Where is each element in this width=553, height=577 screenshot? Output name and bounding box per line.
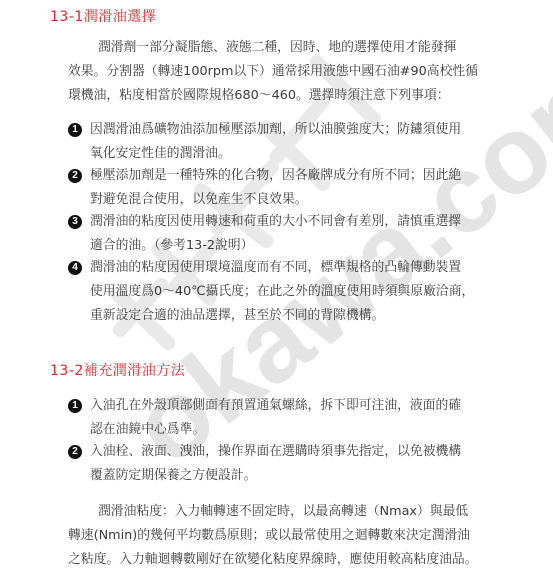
item-line: 入油孔在外殼頂部側面有預置通氣螺絲，拆下即可注油，液面的確	[68, 394, 538, 418]
note-line: 轉速(Nmin)的幾何平均數爲原則；或以最常使用之迴轉數來決定潤滑油	[68, 524, 528, 548]
number-2-icon: 2	[68, 445, 82, 459]
item-line: 認在油鏡中心爲準。	[68, 418, 538, 442]
number-3-icon: 3	[68, 215, 82, 229]
section-2-item-2: 2 入油栓、液面、洩油，操作界面在選購時須事先指定，以免被機構 覆蓋防定期保養之…	[68, 440, 538, 488]
intro-line: 效果。分割器（轉速100rpm以下）通常採用液態中國石油#90高校性循	[68, 60, 528, 84]
number-1-icon: 1	[68, 399, 82, 413]
item-line: 極壓添加劑是一種特殊的化合物，因各廠牌成分有所不同；因此絶	[68, 164, 538, 188]
section-2-heading: 13-2補充潤滑油方法	[50, 362, 185, 380]
item-line: 入油栓、液面、洩油，操作界面在選購時須事先指定，以免被機構	[68, 440, 538, 464]
item-line: 氧化安定性佳的潤滑油。	[68, 142, 538, 166]
item-line: 覆蓋防定期保養之方便設計。	[68, 464, 538, 488]
section-1-heading: 13-1潤滑油選擇	[50, 8, 156, 26]
section-1-intro: 潤滑劑一部分凝脂態、液態二種，因時、地的選擇使用才能發揮 效果。分割器（轉速10…	[68, 36, 528, 108]
item-line: 因潤滑油爲礦物油添加極壓添加劑，所以油膜強度大；防鏽須使用	[68, 118, 538, 142]
number-2-icon: 2	[68, 169, 82, 183]
item-line: 適合的油。（參考13-2說明）	[68, 234, 538, 258]
section-1-item-2: 2 極壓添加劑是一種特殊的化合物，因各廠牌成分有所不同；因此絶 對避免混合使用，…	[68, 164, 538, 212]
intro-line: 潤滑劑一部分凝脂態、液態二種，因時、地的選擇使用才能發揮	[68, 36, 528, 60]
note-line: 之粘度。入力軸迴轉數剛好在欲變化粘度界線時，應使用較高粘度油品。	[68, 548, 528, 572]
item-line: 使用溫度爲0～40℃攝氏度；在此之外的溫度使用時須與原廠洽商，	[68, 280, 538, 304]
section-1-item-1: 1 因潤滑油爲礦物油添加極壓添加劑，所以油膜強度大；防鏽須使用 氧化安定性佳的潤…	[68, 118, 538, 166]
item-line: 潤滑油的粘度因使用環境溫度而有不同，標準規格的凸輪傳動裝置	[68, 256, 538, 280]
section-2-item-1: 1 入油孔在外殼頂部側面有預置通氣螺絲，拆下即可注油，液面的確 認在油鏡中心爲準…	[68, 394, 538, 442]
number-1-icon: 1	[68, 123, 82, 137]
section-1-item-3: 3 潤滑油的粘度因使用轉速和荷重的大小不同會有差別，請慎重選擇 適合的油。（參考…	[68, 210, 538, 258]
intro-line: 環機油，粘度相當於國際規格680～460。選擇時須注意下列事項：	[68, 84, 528, 108]
note-line: 潤滑油粘度：入力軸轉速不固定時，以最高轉速（Nmax）與最低	[68, 500, 528, 524]
item-line: 潤滑油的粘度因使用轉速和荷重的大小不同會有差別，請慎重選擇	[68, 210, 538, 234]
item-line: 對避免混合使用，以免産生不良效果。	[68, 188, 538, 212]
viscosity-note: 潤滑油粘度：入力軸轉速不固定時，以最高轉速（Nmax）與最低 轉速(Nmin)的…	[68, 500, 528, 572]
item-line: 重新設定合適的油品選擇，甚至於不同的背隙機構。	[68, 304, 538, 328]
number-4-icon: 4	[68, 261, 82, 275]
section-1-item-4: 4 潤滑油的粘度因使用環境溫度而有不同，標準規格的凸輪傳動裝置 使用溫度爲0～4…	[68, 256, 538, 328]
